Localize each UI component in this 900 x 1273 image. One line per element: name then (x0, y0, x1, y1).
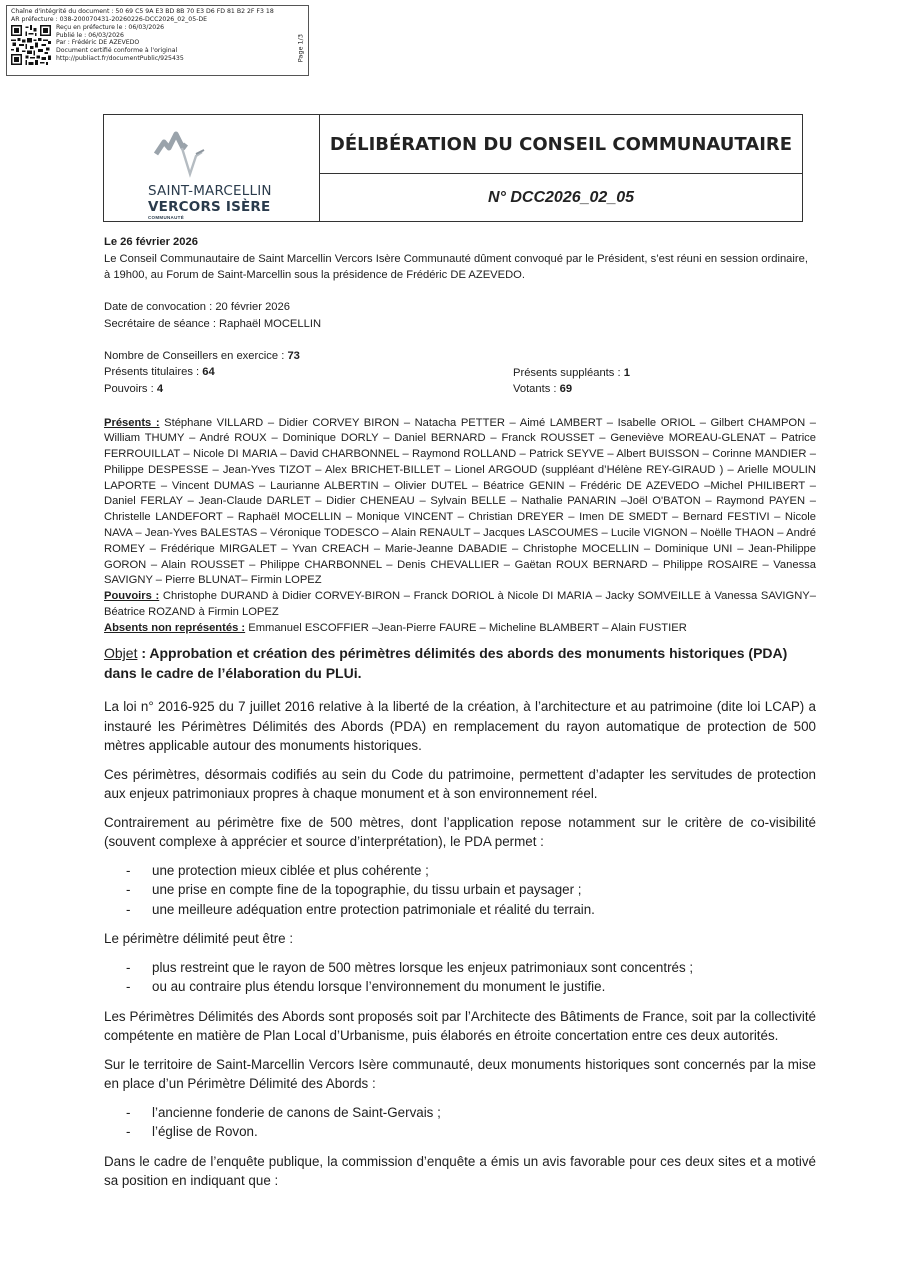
perimeter-options-list: plus restreint que le rayon de 500 mètre… (104, 958, 816, 997)
list-item: l’ancienne fonderie de canons de Saint-G… (104, 1103, 816, 1123)
count-label: Présents suppléants : (513, 367, 624, 379)
monuments-list: l’ancienne fonderie de canons de Saint-G… (104, 1103, 816, 1142)
logo-name-line1: SAINT-MARCELLIN (148, 183, 272, 199)
ar-prefecture: AR préfecture : 038-200070431-20260226-D… (11, 16, 304, 24)
logo: SAINT-MARCELLIN VERCORS ISÈRE COMMUNAUTÉ (104, 115, 320, 221)
count-suppleants: 1 (624, 367, 630, 379)
count-pouvoirs: 4 (157, 383, 163, 395)
subject-text: : Approbation et création des périmètres… (104, 645, 787, 681)
convocation-date: Date de convocation : 20 février 2026 (104, 299, 816, 316)
paragraph: Ces périmètres, désormais codifiés au se… (104, 765, 816, 804)
vote-counts: Nombre de Conseillers en exercice : 73 P… (104, 348, 816, 400)
count-label: Nombre de Conseillers en exercice : (104, 350, 287, 362)
count-label: Votants : (513, 383, 560, 395)
mountain-logo-icon (152, 128, 212, 178)
document-url[interactable]: http://publiact.fr/documentPublic/925435 (56, 55, 304, 63)
list-item: plus restreint que le rayon de 500 mètre… (104, 958, 816, 978)
presents-label: Présents : (104, 417, 160, 429)
list-item: une protection mieux ciblée et plus cohé… (104, 861, 816, 881)
qr-code-icon (11, 25, 51, 65)
page-number: Page 1/3 (297, 34, 305, 62)
absents-names: Emmanuel ESCOFFIER –Jean-Pierre FAURE – … (245, 622, 687, 634)
paragraph: Le périmètre délimité peut être : (104, 929, 816, 949)
presents-names: Stéphane VILLARD – Didier CORVEY BIRON –… (104, 417, 816, 587)
deliberation-body: Objet : Approbation et création des péri… (104, 643, 816, 1200)
list-item: une meilleure adéquation entre protectio… (104, 900, 816, 920)
signed-by: Par : Frédéric DE AZEVEDO (56, 39, 304, 47)
list-item: l’église de Rovon. (104, 1122, 816, 1142)
paragraph: Les Périmètres Délimités des Abords sont… (104, 1007, 816, 1046)
received-date: Reçu en préfecture le : 06/03/2026 (56, 24, 304, 32)
count-label: Présents titulaires : (104, 366, 202, 378)
paragraph: La loi n° 2016-925 du 7 juillet 2016 rel… (104, 697, 816, 756)
count-exercice: 73 (287, 350, 299, 362)
document-title: DÉLIBÉRATION DU CONSEIL COMMUNAUTAIRE (320, 115, 802, 174)
absents-label: Absents non représentés : (104, 622, 245, 634)
session-secretary: Secrétaire de séance : Raphaël MOCELLIN (104, 316, 816, 333)
paragraph: Dans le cadre de l’enquête publique, la … (104, 1152, 816, 1191)
certification-stamp: Chaîne d'intégrité du document : 50 69 C… (6, 5, 309, 76)
deliberation-number: N° DCC2026_02_05 (320, 174, 802, 221)
list-item: une prise en compte fine de la topograph… (104, 880, 816, 900)
count-label: Pouvoirs : (104, 383, 157, 395)
pouvoirs-names: Christophe DURAND à Didier CORVEY-BIRON … (104, 590, 816, 618)
count-votants: 69 (560, 383, 572, 395)
meeting-info: Le 26 février 2026 Le Conseil Communauta… (104, 234, 816, 637)
meeting-intro: Le Conseil Communautaire de Saint Marcel… (104, 251, 816, 284)
paragraph: Sur le territoire de Saint-Marcellin Ver… (104, 1055, 816, 1094)
count-titulaires: 64 (202, 366, 214, 378)
logo-name-line2: VERCORS ISÈRE (148, 199, 270, 215)
integrity-chain: Chaîne d'intégrité du document : 50 69 C… (11, 8, 304, 16)
logo-subtitle: COMMUNAUTÉ (148, 215, 184, 220)
meeting-date: Le 26 février 2026 (104, 234, 816, 251)
subject-label: Objet (104, 645, 137, 661)
pda-benefits-list: une protection mieux ciblée et plus cohé… (104, 861, 816, 920)
attendance-list: Présents : Stéphane VILLARD – Didier COR… (104, 416, 816, 637)
pouvoirs-label: Pouvoirs : (104, 590, 159, 602)
paragraph: Contrairement au périmètre fixe de 500 m… (104, 813, 816, 852)
list-item: ou au contraire plus étendu lorsque l’en… (104, 977, 816, 997)
certified-note: Document certifié conforme à l'original (56, 47, 304, 55)
document-header: SAINT-MARCELLIN VERCORS ISÈRE COMMUNAUTÉ… (103, 114, 803, 222)
subject: Objet : Approbation et création des péri… (104, 643, 816, 683)
